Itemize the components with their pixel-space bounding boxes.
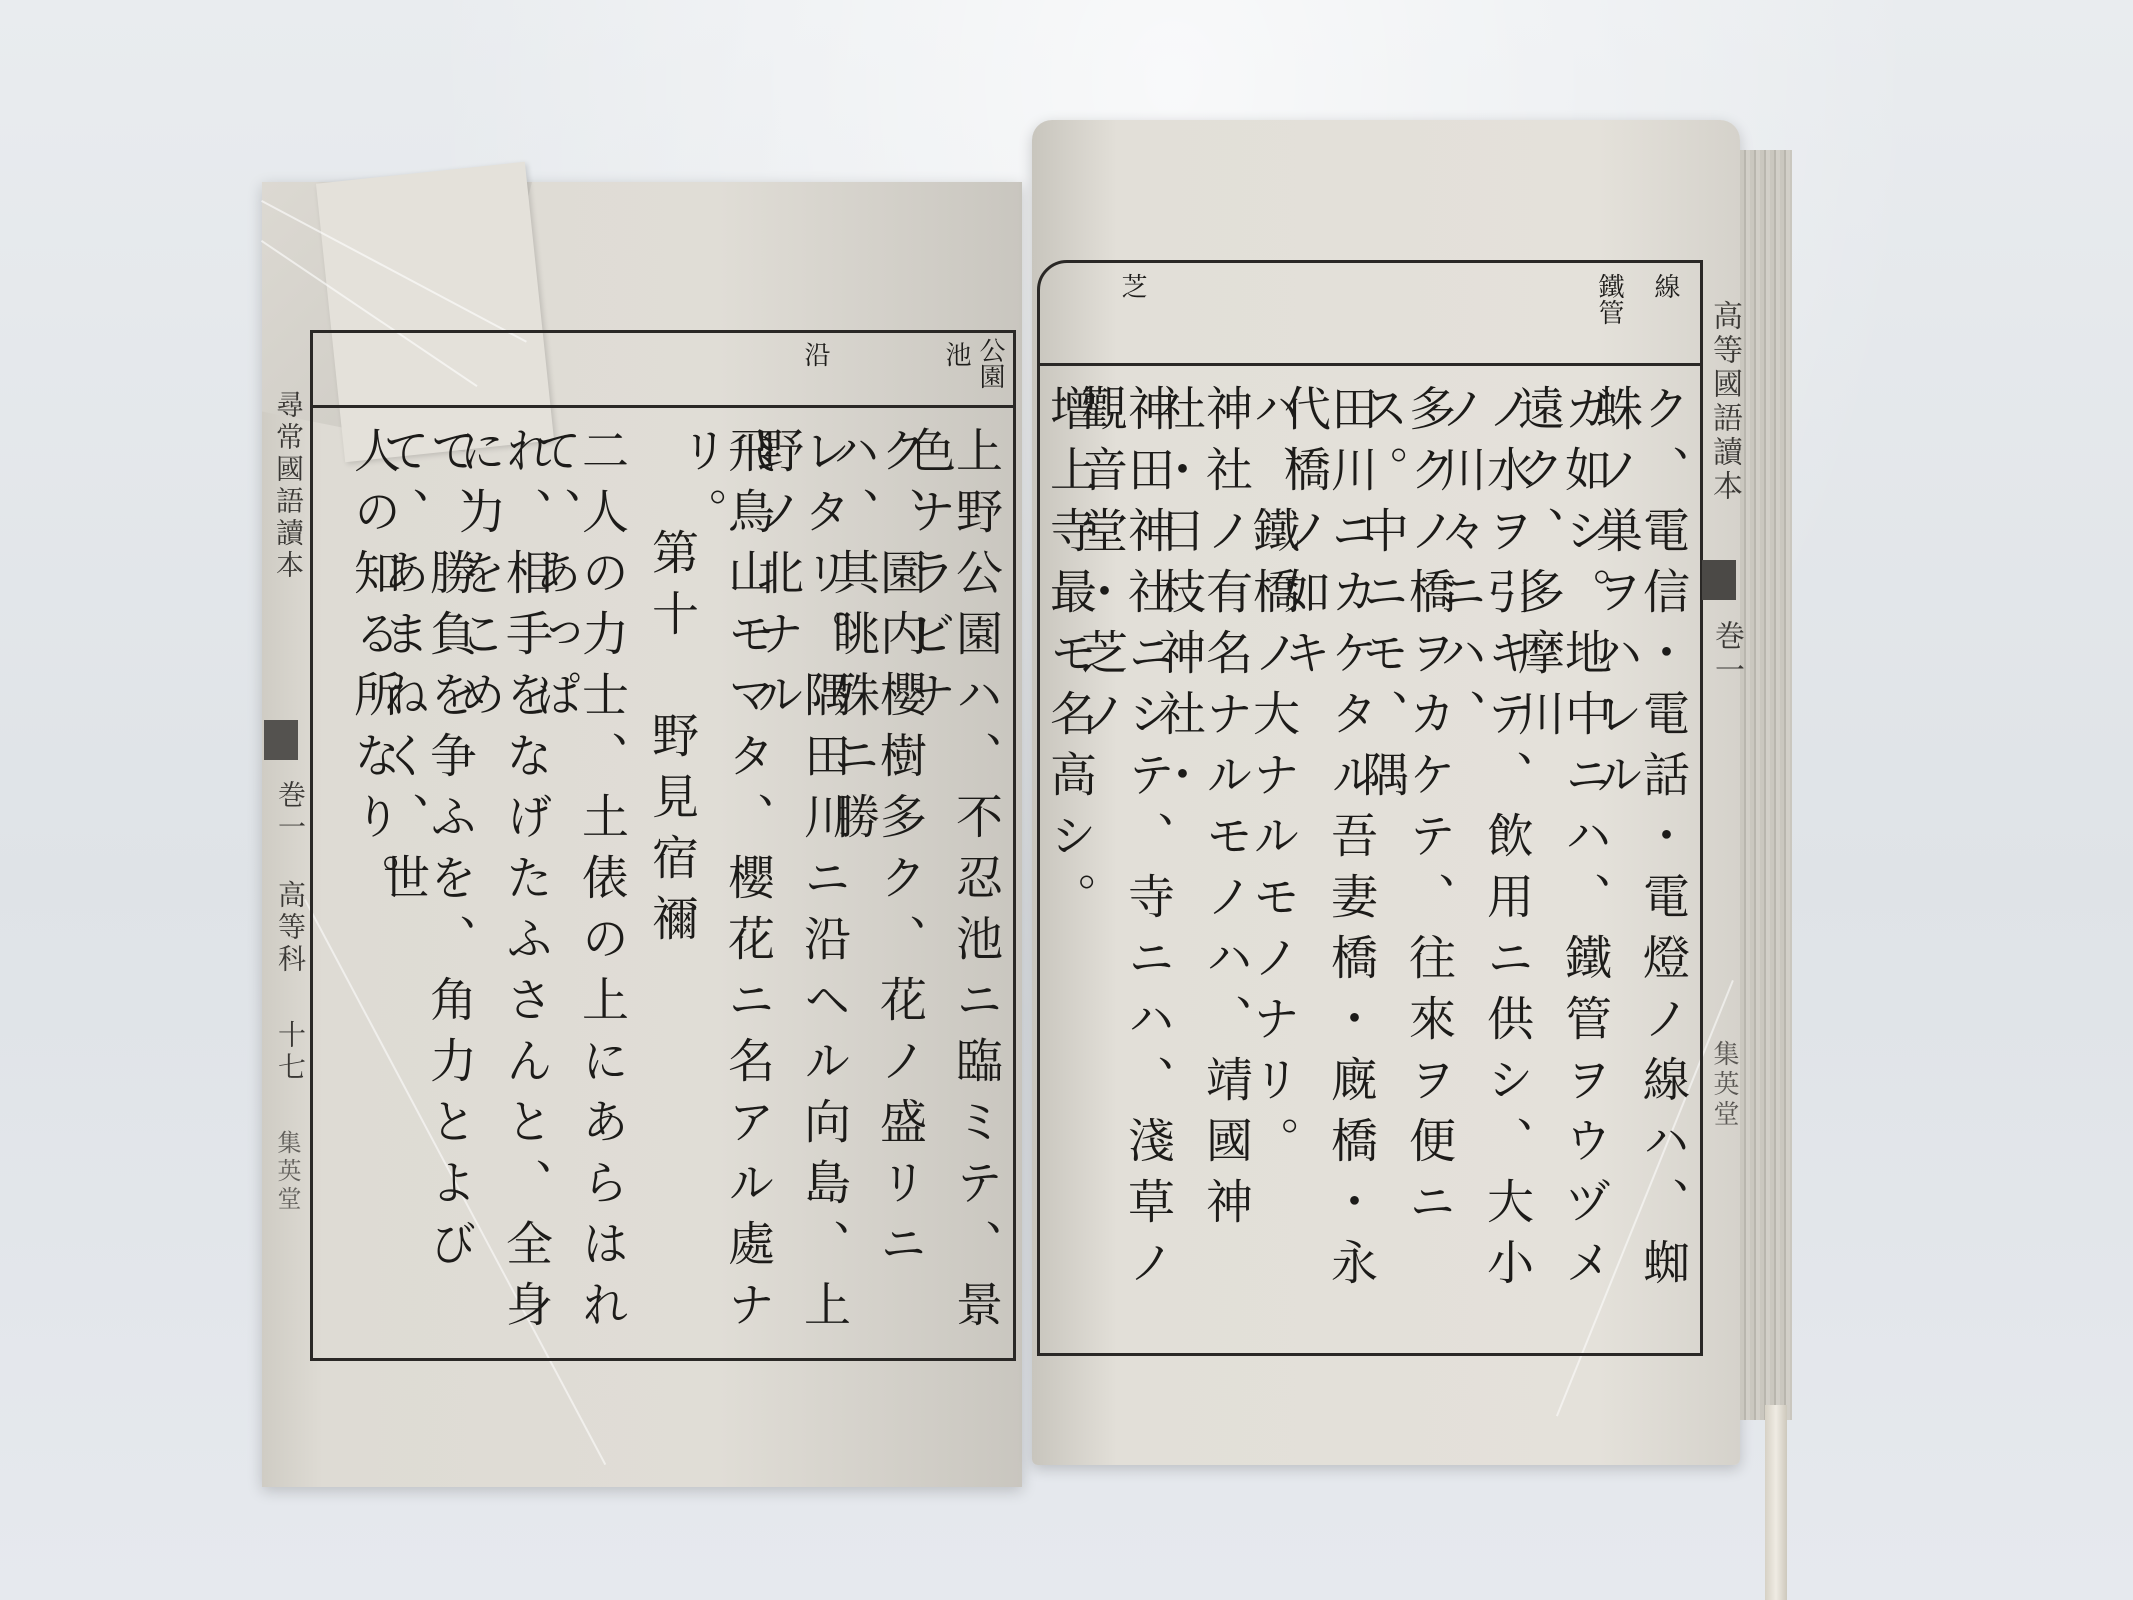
- open-book: 尋常國語讀本 巻一 高等科 十七 集英堂 公園 池 沿 上野公園ハ、不忍池ニ臨ミ…: [262, 120, 1792, 1500]
- text-column: ク、電信・電話・電燈ノ線ハ、蜘蛛ノ巣ヲハレル: [1608, 366, 1686, 1353]
- right-margin-volume: 巻一: [1704, 620, 1748, 688]
- left-page-number: 十七: [270, 1020, 310, 1084]
- photo-scene: 尋常國語讀本 巻一 高等科 十七 集英堂 公園 池 沿 上野公園ハ、不忍池ニ臨ミ…: [0, 0, 2133, 1600]
- bookmark-stick: [1765, 1405, 1787, 1600]
- left-header-band: 公園 池 沿: [313, 333, 1013, 408]
- right-margin-title: 高等國語讀本: [1702, 300, 1746, 504]
- left-margin-publisher: 集英堂: [270, 1130, 305, 1214]
- margin-tab-mark: [264, 720, 298, 760]
- left-margin-volume: 巻一: [270, 780, 310, 844]
- right-header-band: 線 鐵管 芝: [1040, 263, 1700, 366]
- right-margin-publisher: 集英堂: [1706, 1040, 1743, 1130]
- header-note: 池: [943, 341, 969, 367]
- header-note: 鐵管: [1596, 273, 1622, 325]
- header-note: 公園: [977, 337, 1003, 389]
- right-body-text: ク、電信・電話・電燈ノ線ハ、蜘蛛ノ巣ヲハレル ガ如シ。地中ニハ、鐵管ヲウヅメ遠ク…: [1040, 366, 1700, 1353]
- margin-tab-mark: [1702, 560, 1736, 600]
- text-column: 二人の力士、土俵の上にあらはれて、あっぱ: [549, 408, 625, 1358]
- text-column: 上野公園ハ、不忍池ニ臨ミテ、景色ナラビナ: [923, 408, 999, 1358]
- header-note: 沿: [802, 341, 828, 367]
- header-note: 芝: [1119, 273, 1145, 299]
- page-stack-edge: [1740, 150, 1792, 1420]
- left-body-text: 上野公園ハ、不忍池ニ臨ミテ、景色ナラビナ ク、園内櫻樹多ク、花ノ盛リニハ、其眺殊…: [313, 408, 1013, 1358]
- left-margin-grade: 高等科: [270, 880, 310, 976]
- text-column: 神社ノ有名ナルモノハ、靖國神社・日枝神社・: [1171, 366, 1249, 1353]
- right-text-frame: 線 鐵管 芝 ク、電信・電話・電燈ノ線ハ、蜘蛛ノ巣ヲハレル ガ如シ。地中ニハ、鐵…: [1037, 260, 1703, 1356]
- left-margin-title: 尋常國語讀本: [268, 390, 308, 582]
- header-note: 線: [1652, 273, 1678, 299]
- lesson-heading: 第十 野見宿禰: [625, 408, 695, 1358]
- left-text-frame: 公園 池 沿 上野公園ハ、不忍池ニ臨ミテ、景色ナラビナ ク、園内櫻樹多ク、花ノ盛…: [310, 330, 1016, 1361]
